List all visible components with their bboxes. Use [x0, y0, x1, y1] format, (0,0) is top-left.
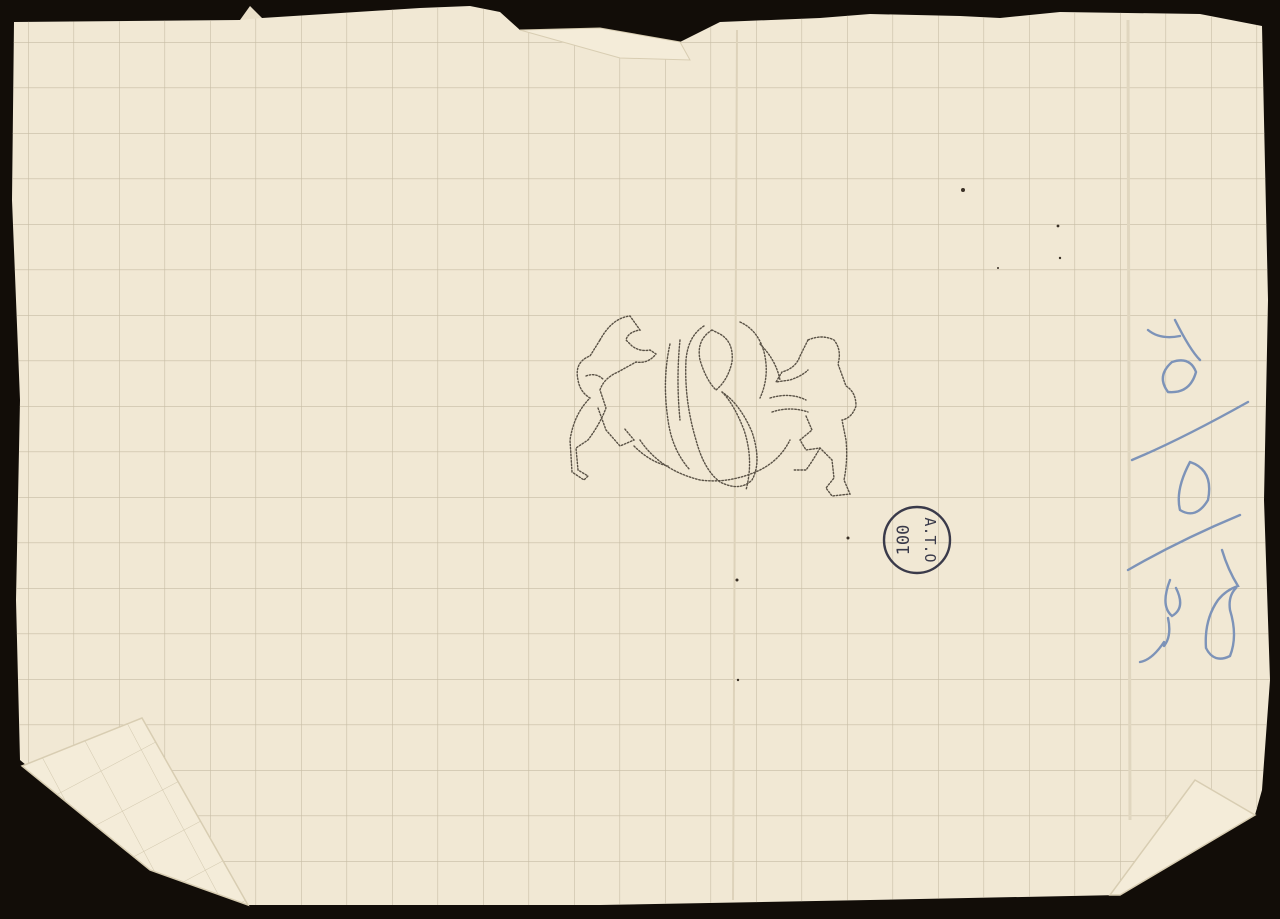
scanned-document: 100 A.T.O	[0, 0, 1280, 919]
stamp-text-upper: 100	[894, 525, 914, 556]
stamp-text-lower: A.T.O	[921, 517, 939, 562]
paper-sheet	[0, 0, 1280, 919]
